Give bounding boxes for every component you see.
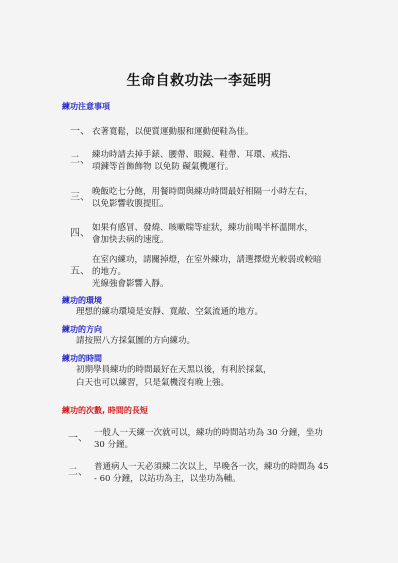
item-text: 晚飯吃七分飽，用餐時間與練功時間最好相隔一小時左右，以免影響收腹提肛。 bbox=[92, 186, 347, 210]
item-number: 五、 bbox=[70, 266, 92, 278]
section-heading-time: 練功的時間 bbox=[62, 353, 102, 364]
section-paragraph: 請按照八方採氣圖的方向練功。 bbox=[76, 335, 356, 348]
section-paragraph: 初期學員練功的時間最好在天黑以後，有利於採氣，白天也可以練習，只是氣機沒有晚上強… bbox=[76, 364, 356, 390]
section-heading-direction: 練功的方向 bbox=[62, 324, 102, 335]
item-text: 一般人一天練一次就可以，練功的時間站功為 30 分鐘，坐功30 分鐘。 bbox=[94, 427, 349, 451]
section-heading-environment: 練功的環境 bbox=[62, 295, 102, 306]
item-number: 二、 bbox=[70, 155, 92, 167]
item-text: 衣著寬鬆，以便質運動服和運動便鞋為佳。 bbox=[92, 126, 347, 138]
list-item: 一、 一般人一天練一次就可以，練功的時間站功為 30 分鐘，坐功30 分鐘。 bbox=[68, 427, 338, 457]
document-page: 生命自救功法一李延明 練功注意事項 一、 衣著寬鬆，以便質運動服和運動便鞋為佳。… bbox=[0, 0, 398, 563]
list-item: 二、 練功時請去掉手錶、腰帶、眼鏡、鞋帶、耳環、戒指、項鍊等首飾飾物 以免防 礙… bbox=[70, 149, 340, 179]
section-heading-frequency-duration: 練功的次數, 時間的長短 bbox=[62, 405, 148, 416]
item-number: 四、 bbox=[70, 228, 92, 240]
list-item: 三、 晚飯吃七分飽，用餐時間與練功時間最好相隔一小時左右，以免影響收腹提肛。 bbox=[70, 186, 340, 216]
list-item: 二、 普通病人一天必須練二次以上，早晚各一次，練功的時間為 45- 60 分鐘，… bbox=[68, 461, 338, 491]
item-number: 一、 bbox=[68, 433, 90, 445]
item-text: 在室內練功，請關掉燈，在室外練功，請選擇燈光較弱或較暗的地方。光線強會影響入靜。 bbox=[92, 254, 347, 290]
item-number: 二、 bbox=[68, 467, 90, 479]
item-number: 一、 bbox=[70, 126, 92, 138]
item-text: 練功時請去掉手錶、腰帶、眼鏡、鞋帶、耳環、戒指、項鍊等首飾飾物 以免防 礙氣機運… bbox=[92, 149, 347, 173]
section-paragraph: 理想的練功環境是安靜、寬敞、空氣流通的地方。 bbox=[76, 306, 356, 319]
section-heading-precautions: 練功注意事項 bbox=[62, 101, 110, 112]
page-title: 生命自救功法一李延明 bbox=[0, 70, 398, 90]
item-number: 三、 bbox=[70, 192, 92, 204]
list-item: 四、 如果有感冒、發燒、咳嗽喘等症狀，練功前喝半杯溫開水，會加快去病的速度。 bbox=[70, 222, 340, 252]
list-item: 五、 在室內練功，請關掉燈，在室外練功，請選擇燈光較弱或較暗的地方。光線強會影響… bbox=[70, 254, 340, 294]
item-text: 如果有感冒、發燒、咳嗽喘等症狀，練功前喝半杯溫開水，會加快去病的速度。 bbox=[92, 222, 347, 246]
item-text: 普通病人一天必須練二次以上，早晚各一次，練功的時間為 45- 60 分鐘，以站功… bbox=[94, 461, 349, 485]
